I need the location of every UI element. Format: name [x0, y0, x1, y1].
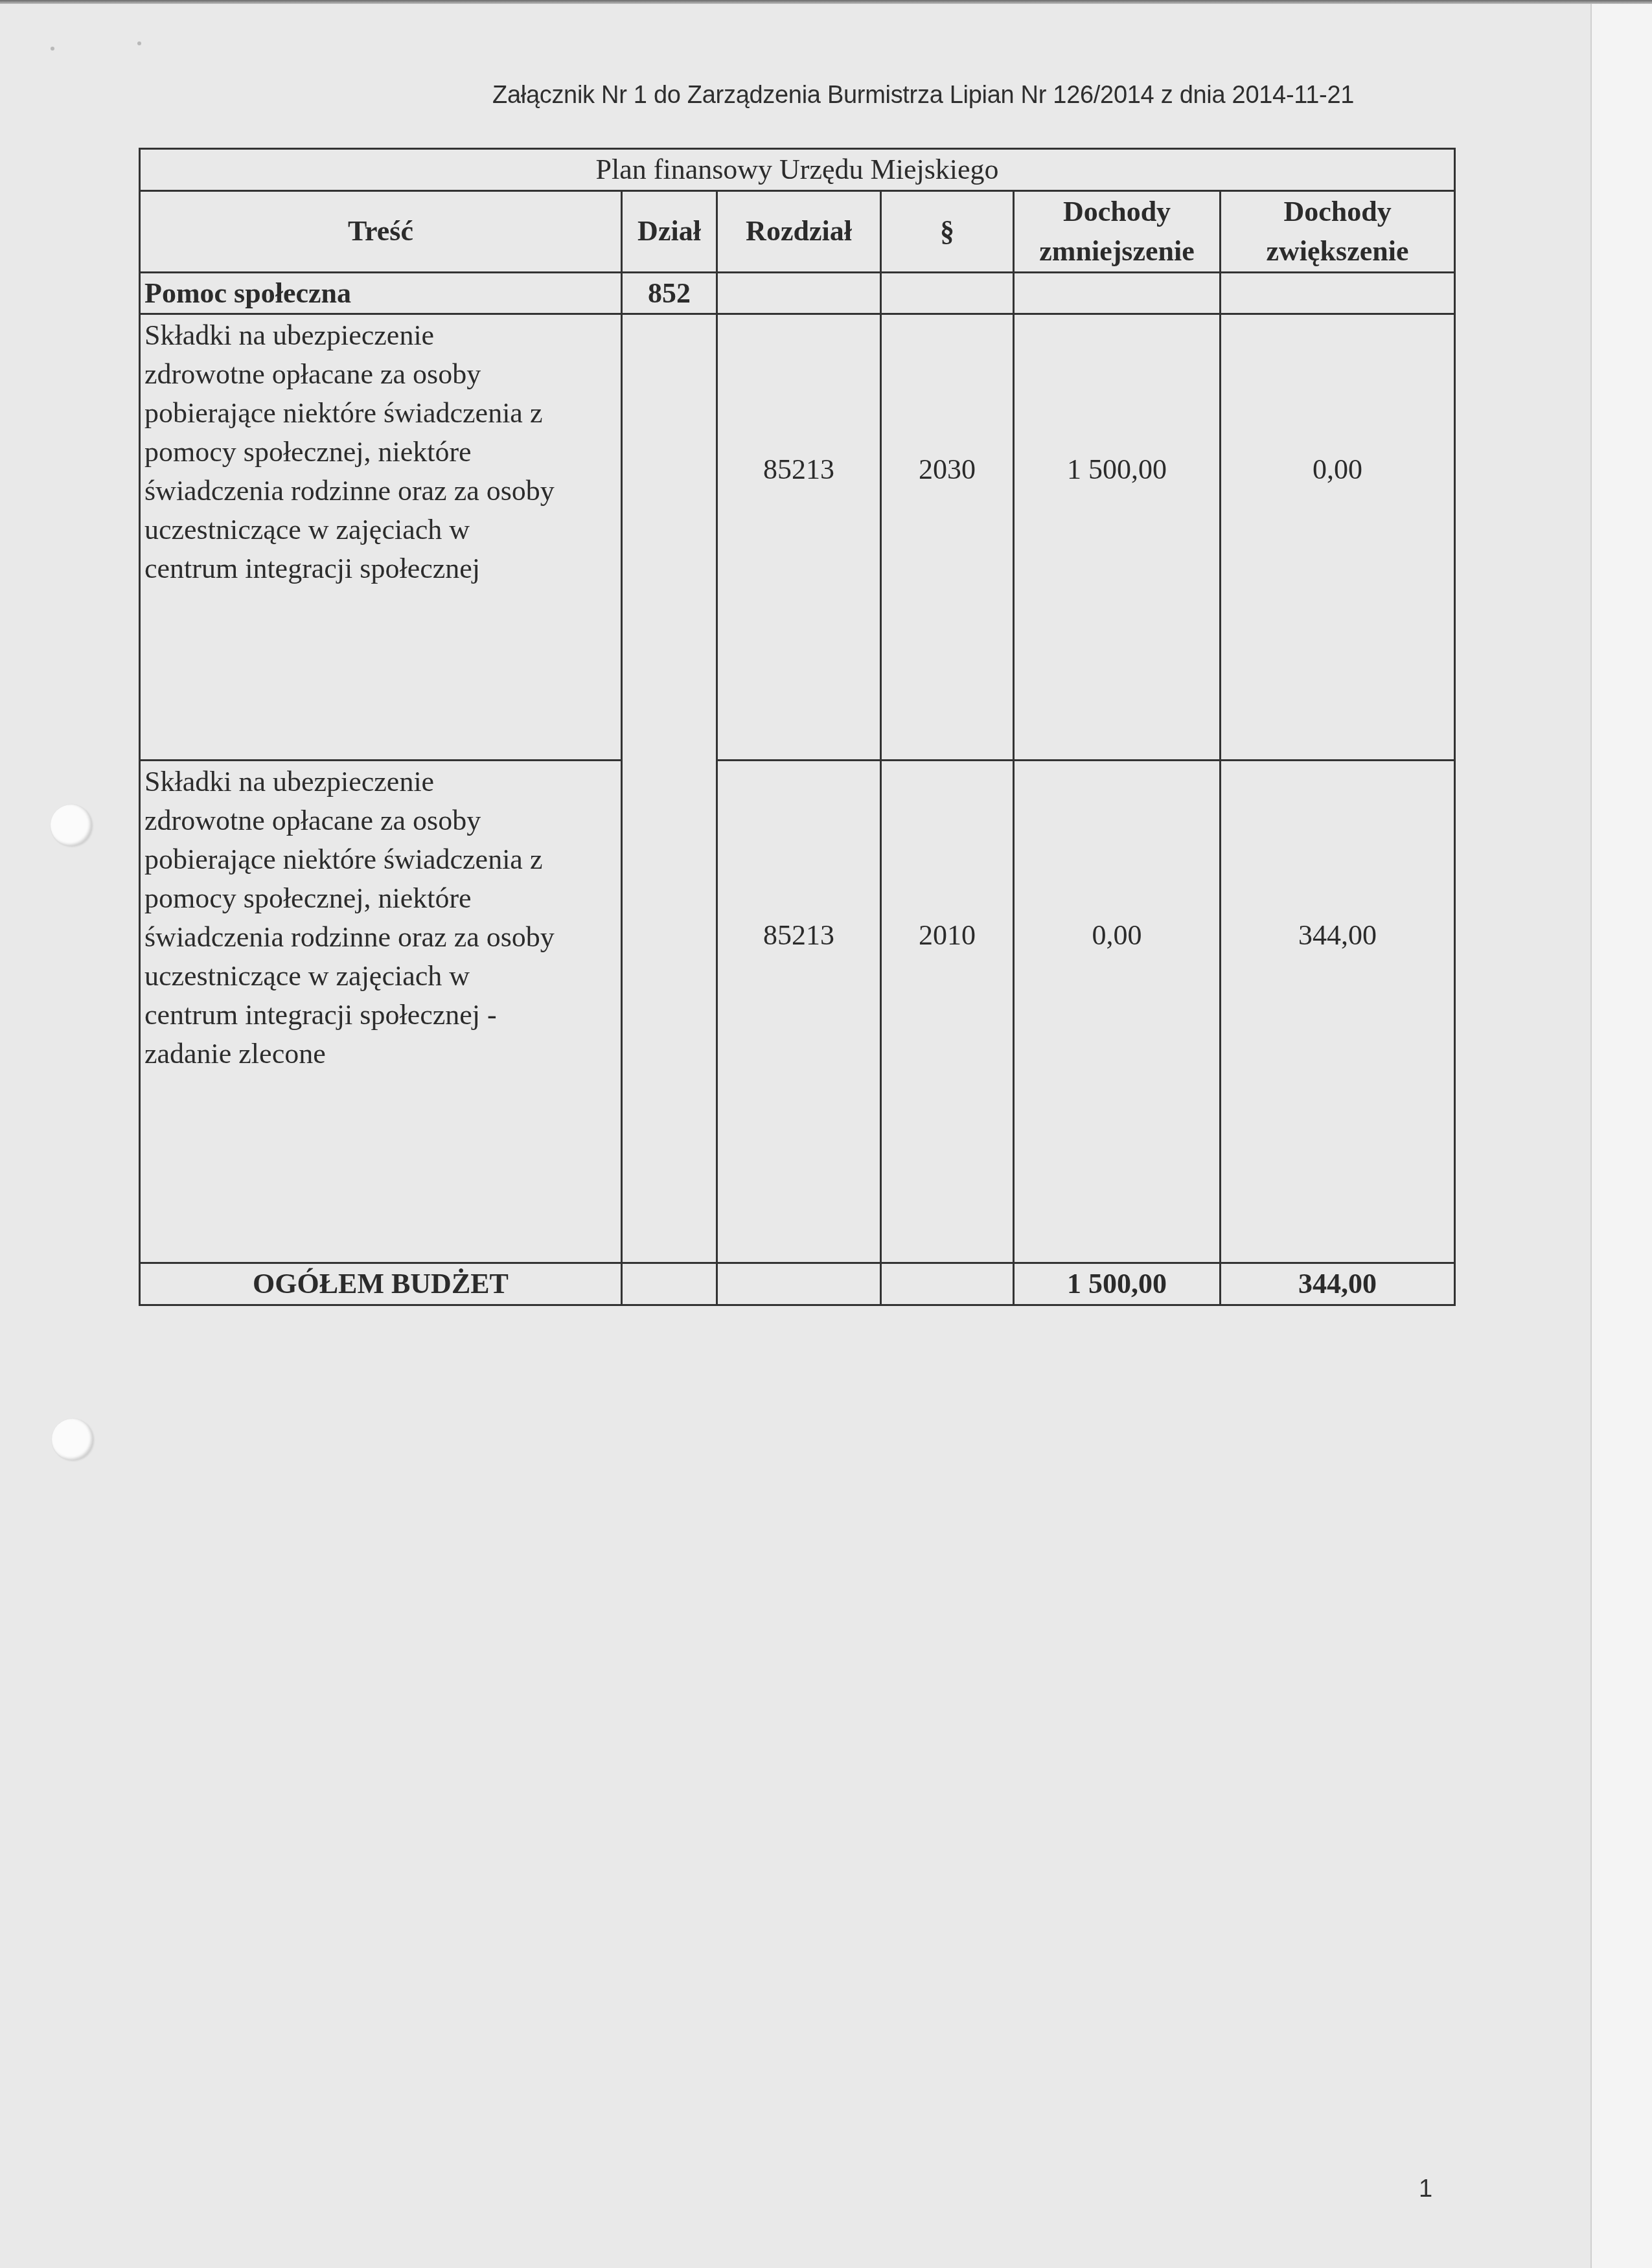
description-line: centrum integracji społecznej [144, 553, 480, 584]
section-paragraf-empty [881, 272, 1014, 314]
row-paragraf: 2010 [881, 761, 1014, 1263]
table-title-row: Plan finansowy Urzędu Miejskiego [140, 149, 1455, 191]
header-dzial: Dział [622, 190, 717, 272]
row-rozdzial: 85213 [717, 761, 881, 1263]
description-line: Składki na ubezpieczenie [144, 319, 434, 351]
total-dochody-zwiekszenie: 344,00 [1221, 1263, 1455, 1305]
scanner-bed-margin [1592, 4, 1652, 2268]
description-line: pobierające niektóre świadczenia z [144, 843, 542, 875]
table-row: Składki na ubezpieczeniezdrowotne opłaca… [140, 314, 1455, 761]
total-rozdzial-empty [717, 1263, 881, 1305]
row-dochody-zwiekszenie: 344,00 [1221, 761, 1455, 1263]
description-line: pomocy społecznej, niektóre [144, 436, 472, 468]
description-line: pobierające niektóre świadczenia z [144, 397, 542, 429]
row-dochody-zwiekszenie: 0,00 [1221, 314, 1455, 761]
description-line: zadanie zlecone [144, 1038, 326, 1070]
scan-speck [137, 41, 141, 45]
row-description: Składki na ubezpieczeniezdrowotne opłaca… [140, 761, 622, 1263]
header-dochody-zwiekszenie-line1: Dochody [1283, 196, 1391, 227]
section-label: Pomoc społeczna [140, 272, 622, 314]
row-dochody-zmniejszenie: 0,00 [1014, 761, 1221, 1263]
description-line: świadczenia rodzinne oraz za osoby [144, 921, 555, 953]
section-rozdzial-empty [717, 272, 881, 314]
description-line: Składki na ubezpieczenie [144, 766, 434, 797]
row-rozdzial: 85213 [717, 314, 881, 761]
total-label: OGÓŁEM BUDŻET [140, 1263, 622, 1305]
table-header-row: Treść Dział Rozdział § Dochody zmniejsze… [140, 190, 1455, 272]
punch-hole-icon [52, 1419, 93, 1460]
row-dochody-zmniejszenie: 1 500,00 [1014, 314, 1221, 761]
description-line: zdrowotne opłacane za osoby [144, 805, 481, 836]
description-line: zdrowotne opłacane za osoby [144, 358, 481, 390]
attachment-header: Załącznik Nr 1 do Zarządzenia Burmistrza… [492, 82, 1354, 109]
total-paragraf-empty [881, 1263, 1014, 1305]
page-number: 1 [1419, 2175, 1432, 2203]
total-dochody-zmniejszenie: 1 500,00 [1014, 1263, 1221, 1305]
header-dochody-zwiekszenie-line2: zwiększenie [1267, 235, 1409, 267]
header-dochody-zwiekszenie: Dochody zwiększenie [1221, 190, 1455, 272]
header-tresc: Treść [140, 190, 622, 272]
punch-hole-icon [51, 805, 92, 846]
row-paragraf: 2030 [881, 314, 1014, 761]
table-row: Składki na ubezpieczeniezdrowotne opłaca… [140, 761, 1455, 1263]
dzial-merged-empty [622, 314, 717, 1263]
description-line: centrum integracji społecznej - [144, 999, 497, 1031]
header-paragraf: § [881, 190, 1014, 272]
row-description: Składki na ubezpieczeniezdrowotne opłaca… [140, 314, 622, 761]
total-dzial-empty [622, 1263, 717, 1305]
header-rozdzial: Rozdział [717, 190, 881, 272]
description-line: pomocy społecznej, niektóre [144, 882, 472, 914]
header-dochody-zmniejszenie-line2: zmniejszenie [1039, 235, 1194, 267]
financial-plan-table: Plan finansowy Urzędu Miejskiego Treść D… [139, 148, 1456, 1306]
section-dzial: 852 [622, 272, 717, 314]
table-title: Plan finansowy Urzędu Miejskiego [140, 149, 1455, 191]
section-zwiekszenie-empty [1221, 272, 1455, 314]
description-line: uczestniczące w zajęciach w [144, 960, 470, 992]
description-line: uczestniczące w zajęciach w [144, 514, 470, 545]
description-line: świadczenia rodzinne oraz za osoby [144, 475, 555, 507]
section-zmniejszenie-empty [1014, 272, 1221, 314]
header-dochody-zmniejszenie: Dochody zmniejszenie [1014, 190, 1221, 272]
header-dochody-zmniejszenie-line1: Dochody [1063, 196, 1171, 227]
scan-speck [51, 47, 54, 51]
total-row: OGÓŁEM BUDŻET 1 500,00 344,00 [140, 1263, 1455, 1305]
section-row: Pomoc społeczna 852 [140, 272, 1455, 314]
